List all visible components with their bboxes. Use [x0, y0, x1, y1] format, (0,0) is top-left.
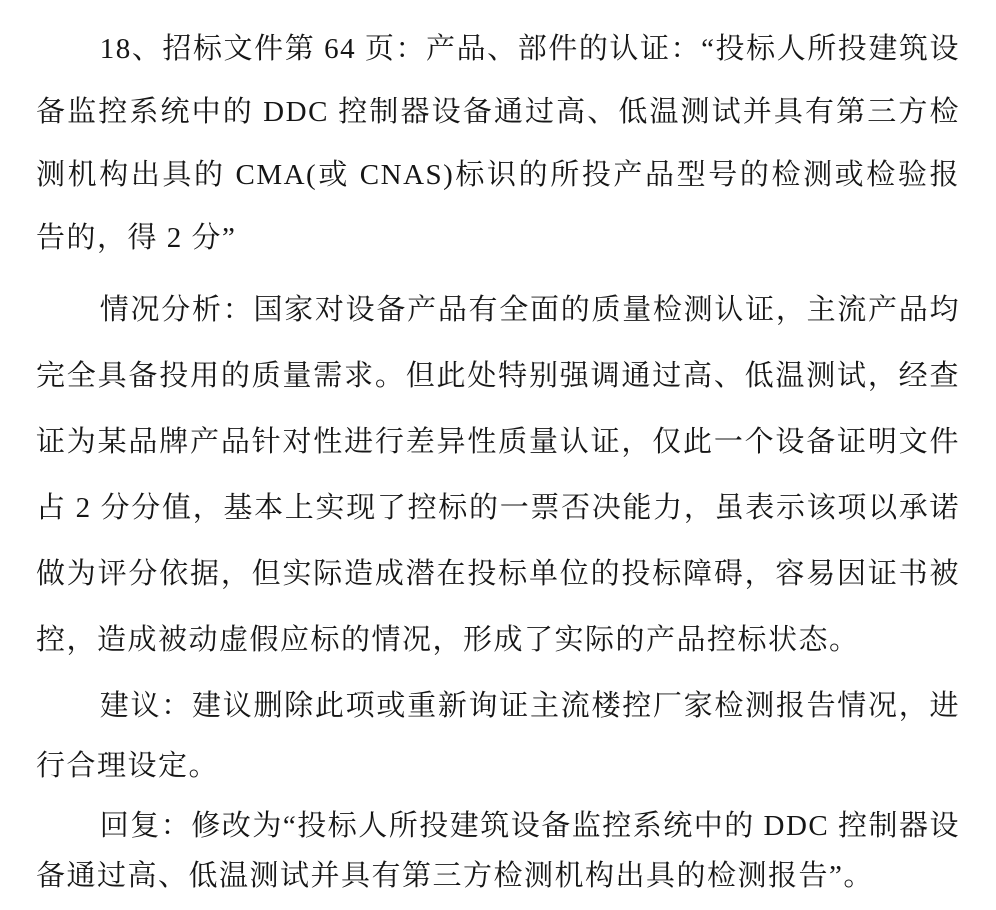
paragraph-reply: 回复：修改为“投标人所投建筑设备监控系统中的 DDC 控制器设备通过高、低温测试…: [36, 801, 960, 901]
document-page: 18、招标文件第 64 页：产品、部件的认证：“投标人所投建筑设备监控系统中的 …: [0, 0, 996, 910]
paragraph-item-18-clause: 18、招标文件第 64 页：产品、部件的认证：“投标人所投建筑设备监控系统中的 …: [36, 18, 960, 270]
paragraph-suggestion: 建议：建议删除此项或重新询证主流楼控厂家检测报告情况，进行合理设定。: [36, 676, 960, 796]
paragraph-situation-analysis: 情况分析：国家对设备产品有全面的质量检测认证，主流产品均完全具备投用的质量需求。…: [36, 277, 960, 673]
